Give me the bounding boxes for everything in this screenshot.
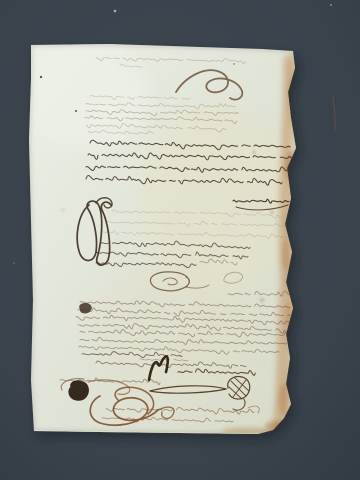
paper-stain xyxy=(61,208,65,212)
paper-stain xyxy=(260,298,265,302)
paper-speck xyxy=(233,63,235,65)
background-speck xyxy=(330,4,332,6)
background-speck xyxy=(13,262,15,264)
manuscript-photo xyxy=(0,0,360,480)
paper-stain xyxy=(252,150,256,154)
paper-speck xyxy=(40,76,42,78)
paper-stain xyxy=(270,210,274,214)
photo-stage: Photograph of an aged handwritten manusc… xyxy=(0,0,360,480)
background-speck xyxy=(114,10,117,13)
paper-speck xyxy=(75,110,77,112)
ink-blot-left xyxy=(69,381,88,400)
dark-blob-line3 xyxy=(80,304,92,313)
